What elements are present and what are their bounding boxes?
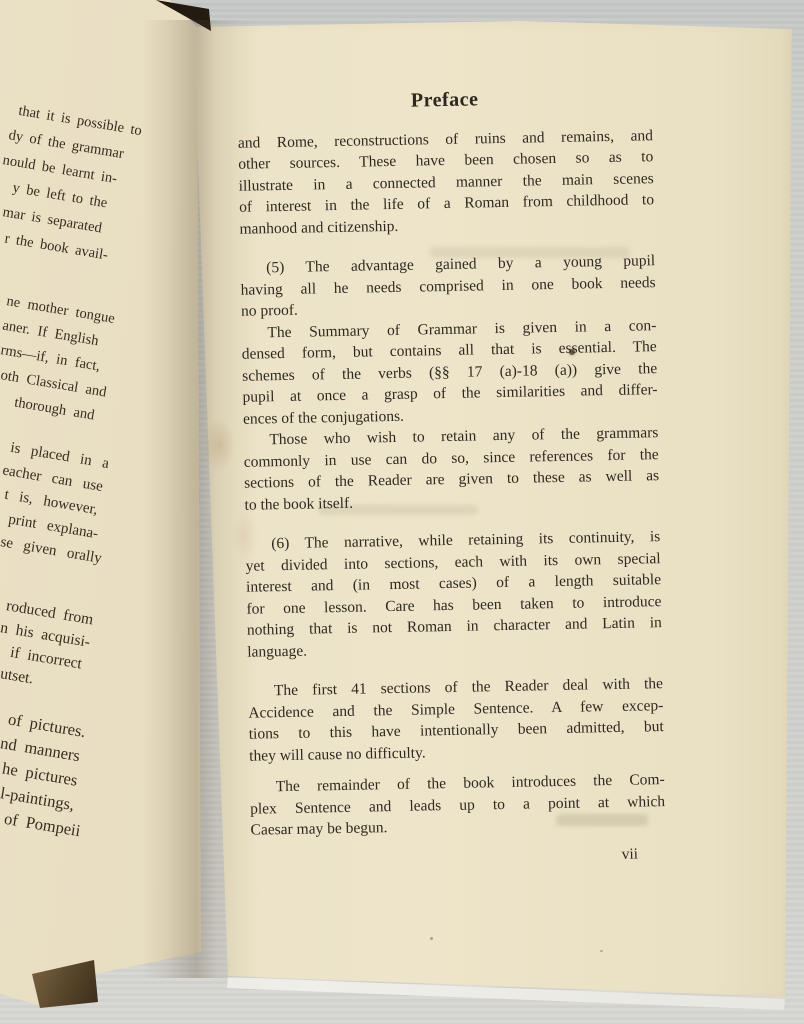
paragraph-remainder: The remainder of the book introduces the… (250, 769, 666, 841)
left-page-fragment: roduced from n his acquisi- if incorrect… (0, 596, 94, 688)
left-page-fragment: that it is possible to dy of the grammar… (2, 100, 143, 256)
left-page-fragment: of pictures. nd manners he pictures l-pa… (0, 708, 86, 833)
paragraph-first-41-sections: The first 41 sections of the Reader deal… (248, 673, 665, 767)
paragraph-sources: and Rome, reconstructions of ruins and r… (238, 125, 655, 240)
book-photo: that it is possible to dy of the grammar… (0, 0, 804, 1024)
left-page-fragment: is placed in a eacher can use t is, howe… (0, 438, 110, 558)
paragraph-5-advantage: (5) The advantage gained by a young pupi… (240, 250, 656, 322)
paragraph-summary-of-grammar: The Summary of Grammar is given in a con… (241, 315, 658, 430)
paragraph-6-narrative: (6) The narrative, while retaining its c… (245, 526, 662, 663)
paragraph-retain-grammars: Those who wish to retain any of the gram… (243, 422, 660, 516)
preface-text-column: Preface and Rome, reconstructions of rui… (237, 86, 666, 871)
left-page-fragment: ne mother tongue aner. If English rms—if… (0, 292, 115, 417)
